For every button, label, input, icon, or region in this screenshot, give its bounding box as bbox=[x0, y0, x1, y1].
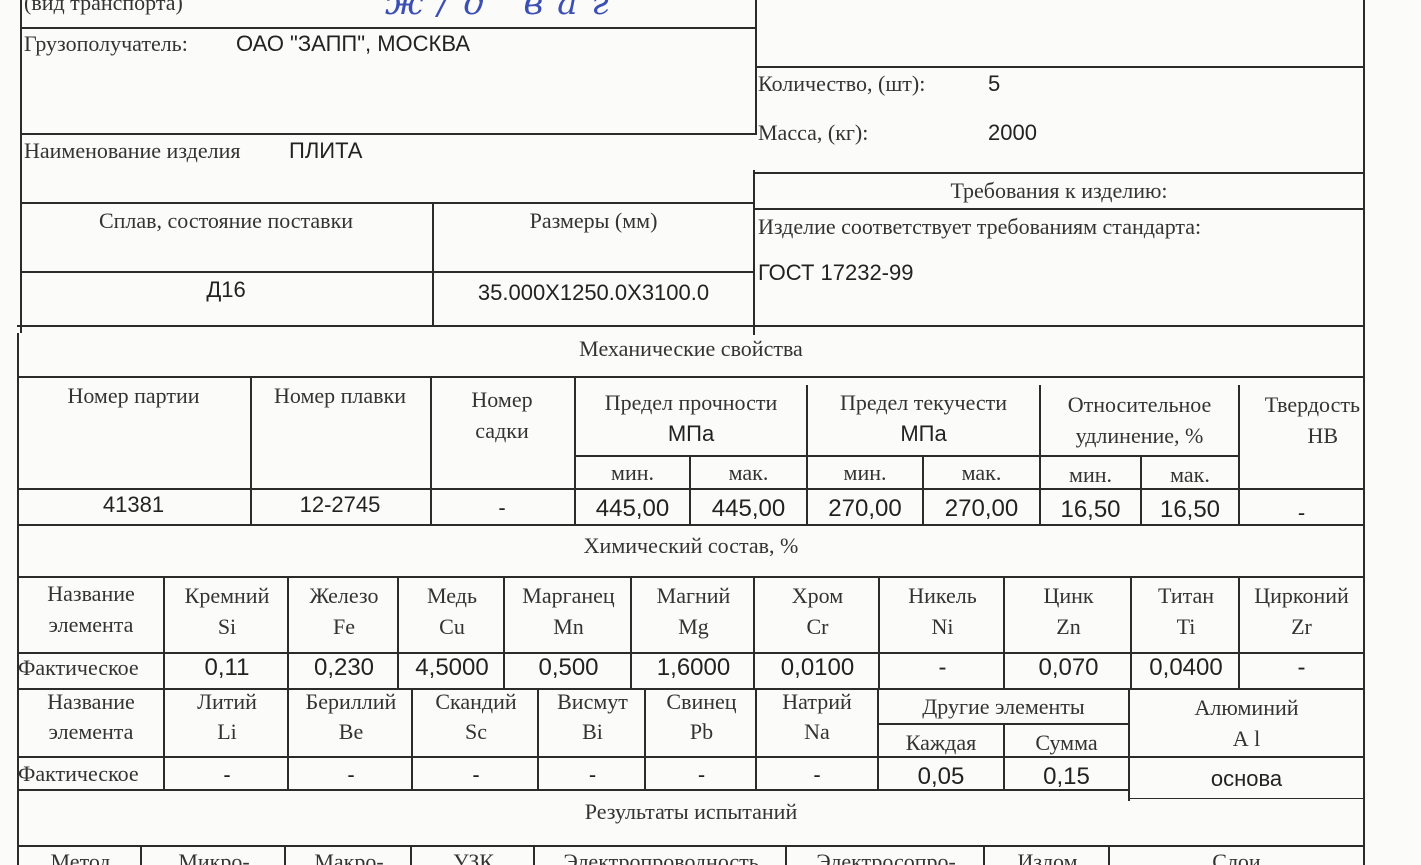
element-value: - bbox=[539, 764, 646, 786]
element-symbol: Li bbox=[165, 721, 289, 743]
mech-header-elong-2: удлинение, % bbox=[1041, 425, 1238, 447]
tests-header-cell: Метод bbox=[19, 851, 142, 865]
other-each-value: 0,05 bbox=[879, 765, 1003, 789]
other-elements-title: Другие элементы bbox=[879, 696, 1128, 718]
size-header: Размеры (мм) bbox=[432, 210, 755, 232]
element-symbol: Mn bbox=[505, 616, 632, 638]
element-value: - bbox=[413, 764, 539, 786]
aluminium-symbol: А l bbox=[1130, 728, 1363, 750]
element-symbol: Cu bbox=[399, 616, 505, 638]
element-name: Цинк bbox=[1005, 585, 1132, 607]
chem-actual-label-row2: Фактическое bbox=[18, 763, 163, 785]
chem-name-label: Название bbox=[19, 583, 163, 605]
element-name: Титан bbox=[1132, 585, 1240, 607]
consignee-value: ОАО "ЗАПП", МОСКВА bbox=[236, 33, 470, 55]
element-symbol: Pb bbox=[646, 721, 757, 743]
transport-label: (вид транспорта) bbox=[24, 0, 183, 14]
element-value: 0,0100 bbox=[755, 656, 880, 680]
other-sum-label: Сумма bbox=[1005, 732, 1128, 754]
element-value: - bbox=[165, 764, 289, 786]
yield-max-value: 270,00 bbox=[924, 497, 1039, 521]
element-symbol: Ni bbox=[880, 616, 1005, 638]
border bbox=[753, 172, 1365, 174]
aluminium-name: Алюминий bbox=[1130, 697, 1363, 719]
mech-header-yield: Предел текучести bbox=[808, 392, 1039, 414]
element-symbol: Bi bbox=[539, 721, 646, 743]
element-name: Кремний bbox=[165, 585, 289, 607]
hardness-value: - bbox=[1240, 502, 1363, 524]
quantity-value: 5 bbox=[988, 73, 1000, 95]
element-symbol: Fe bbox=[289, 616, 399, 638]
element-value: 0,230 bbox=[289, 656, 399, 680]
element-name: Литий bbox=[165, 691, 289, 713]
element-name: Скандий bbox=[413, 691, 539, 713]
element-symbol: Si bbox=[165, 616, 289, 638]
element-name: Железо bbox=[289, 585, 399, 607]
element-symbol: Mg bbox=[632, 616, 755, 638]
requirements-standard: ГОСТ 17232-99 bbox=[758, 262, 913, 284]
mech-header-melt: Номер плавки bbox=[250, 385, 430, 407]
element-value: - bbox=[757, 764, 877, 786]
element-name: Висмут bbox=[539, 691, 646, 713]
border bbox=[20, 133, 757, 135]
tests-title: Результаты испытаний bbox=[17, 801, 1365, 823]
yield-min-value: 270,00 bbox=[808, 497, 922, 521]
element-name: Никель bbox=[880, 585, 1005, 607]
requirements-title: Требования к изделию: bbox=[753, 180, 1365, 202]
border bbox=[877, 723, 1130, 725]
element-symbol: Na bbox=[757, 721, 877, 743]
border bbox=[17, 488, 1365, 490]
element-name: Бериллий bbox=[289, 691, 413, 713]
border bbox=[20, 202, 755, 204]
border bbox=[1363, 0, 1365, 865]
border bbox=[17, 325, 1365, 327]
tensile-max-value: 445,00 bbox=[691, 497, 806, 521]
element-value: - bbox=[646, 764, 757, 786]
mech-header-tensile: Предел прочности bbox=[576, 392, 806, 414]
other-each-label: Каждая bbox=[879, 732, 1003, 754]
yield-max-label: мак. bbox=[924, 462, 1039, 484]
border bbox=[17, 845, 1365, 847]
consignee-label: Грузополучатель: bbox=[24, 33, 188, 55]
border bbox=[757, 66, 1363, 68]
alloy-value: Д16 bbox=[20, 279, 432, 301]
element-value: 0,500 bbox=[505, 656, 632, 680]
mech-header-hardness: Твердость bbox=[1240, 394, 1360, 416]
tests-header-cell: Электросопро- bbox=[787, 851, 985, 865]
tests-header-cell: Слои bbox=[1110, 851, 1363, 865]
chem-name-label-row2-2: элемента bbox=[19, 721, 163, 743]
elong-min-label: мин. bbox=[1041, 464, 1140, 486]
element-symbol: Ti bbox=[1132, 616, 1240, 638]
quantity-label: Количество, (шт): bbox=[758, 73, 925, 95]
element-name: Цирконий bbox=[1240, 585, 1363, 607]
element-name: Магний bbox=[632, 585, 755, 607]
element-name: Медь bbox=[399, 585, 505, 607]
mech-header-tensile-unit: МПа bbox=[576, 423, 806, 445]
chemical-title: Химический состав, % bbox=[17, 535, 1365, 557]
tests-header-cell: Микро- bbox=[142, 851, 286, 865]
alloy-header: Сплав, состояние поставки bbox=[20, 210, 432, 232]
elong-max-label: мак. bbox=[1142, 464, 1238, 486]
element-value: 1,6000 bbox=[632, 656, 755, 680]
element-symbol: Sc bbox=[413, 721, 539, 743]
mass-value: 2000 bbox=[988, 122, 1037, 144]
border bbox=[17, 756, 1365, 758]
element-name: Натрий bbox=[757, 691, 877, 713]
tests-header-cell: Макро- bbox=[286, 851, 412, 865]
mech-header-cage: Номер bbox=[430, 389, 574, 411]
border bbox=[20, 271, 755, 273]
border bbox=[17, 376, 1365, 378]
tests-header-cell: Электропроводность bbox=[535, 851, 787, 865]
product-value: ПЛИТА bbox=[289, 140, 362, 162]
tests-header-cell: Излом bbox=[985, 851, 1110, 865]
element-value: - bbox=[880, 656, 1005, 680]
tensile-min-label: мин. bbox=[576, 462, 689, 484]
element-value: - bbox=[289, 764, 413, 786]
element-name: Хром bbox=[755, 585, 880, 607]
requirements-text: Изделие соответствует требованиям станда… bbox=[758, 216, 1201, 238]
element-name: Свинец bbox=[646, 691, 757, 713]
mech-header-elong: Относительное bbox=[1041, 394, 1238, 416]
aluminium-value: основа bbox=[1130, 768, 1363, 790]
element-value: 0,11 bbox=[165, 656, 289, 680]
border bbox=[17, 524, 1365, 526]
elong-max-value: 16,50 bbox=[1142, 498, 1238, 522]
yield-min-label: мин. bbox=[808, 462, 922, 484]
element-name: Марганец bbox=[505, 585, 632, 607]
border bbox=[17, 576, 1365, 578]
mech-header-cage-2: садки bbox=[430, 420, 574, 442]
mech-header-hardness-unit: НВ bbox=[1240, 425, 1338, 447]
tensile-max-label: мак. bbox=[691, 462, 806, 484]
size-value: 35.000X1250.0X3100.0 bbox=[432, 282, 755, 304]
mechanical-title: Механические свойства bbox=[17, 338, 1365, 360]
mass-label: Масса, (кг): bbox=[758, 122, 868, 144]
element-symbol: Be bbox=[289, 721, 413, 743]
mech-header-yield-unit: МПа bbox=[808, 423, 1039, 445]
element-symbol: Cr bbox=[755, 616, 880, 638]
element-value: - bbox=[1240, 656, 1363, 680]
mech-batch-value: 41381 bbox=[17, 494, 250, 516]
tensile-min-value: 445,00 bbox=[576, 497, 689, 521]
chem-name-label-2: элемента bbox=[19, 614, 163, 636]
mech-cage-value: - bbox=[430, 497, 574, 519]
product-label: Наименование изделия bbox=[24, 140, 240, 162]
element-symbol: Zr bbox=[1240, 616, 1363, 638]
transport-handwritten: ж/д ваг bbox=[385, 0, 623, 20]
mech-header-batch: Номер партии bbox=[17, 385, 250, 407]
chem-name-label-row2: Название bbox=[19, 691, 163, 713]
border bbox=[20, 27, 757, 29]
element-value: 0,0400 bbox=[1132, 656, 1240, 680]
element-symbol: Zn bbox=[1005, 616, 1132, 638]
border bbox=[753, 208, 1365, 210]
elong-min-value: 16,50 bbox=[1041, 498, 1140, 522]
mech-melt-value: 12-2745 bbox=[250, 494, 430, 516]
other-sum-value: 0,15 bbox=[1005, 765, 1128, 789]
element-value: 4,5000 bbox=[399, 656, 505, 680]
border bbox=[1128, 798, 1363, 799]
chem-actual-label: Фактическое bbox=[18, 657, 163, 679]
tests-header-cell: УЗК bbox=[412, 851, 535, 865]
element-value: 0,070 bbox=[1005, 656, 1132, 680]
